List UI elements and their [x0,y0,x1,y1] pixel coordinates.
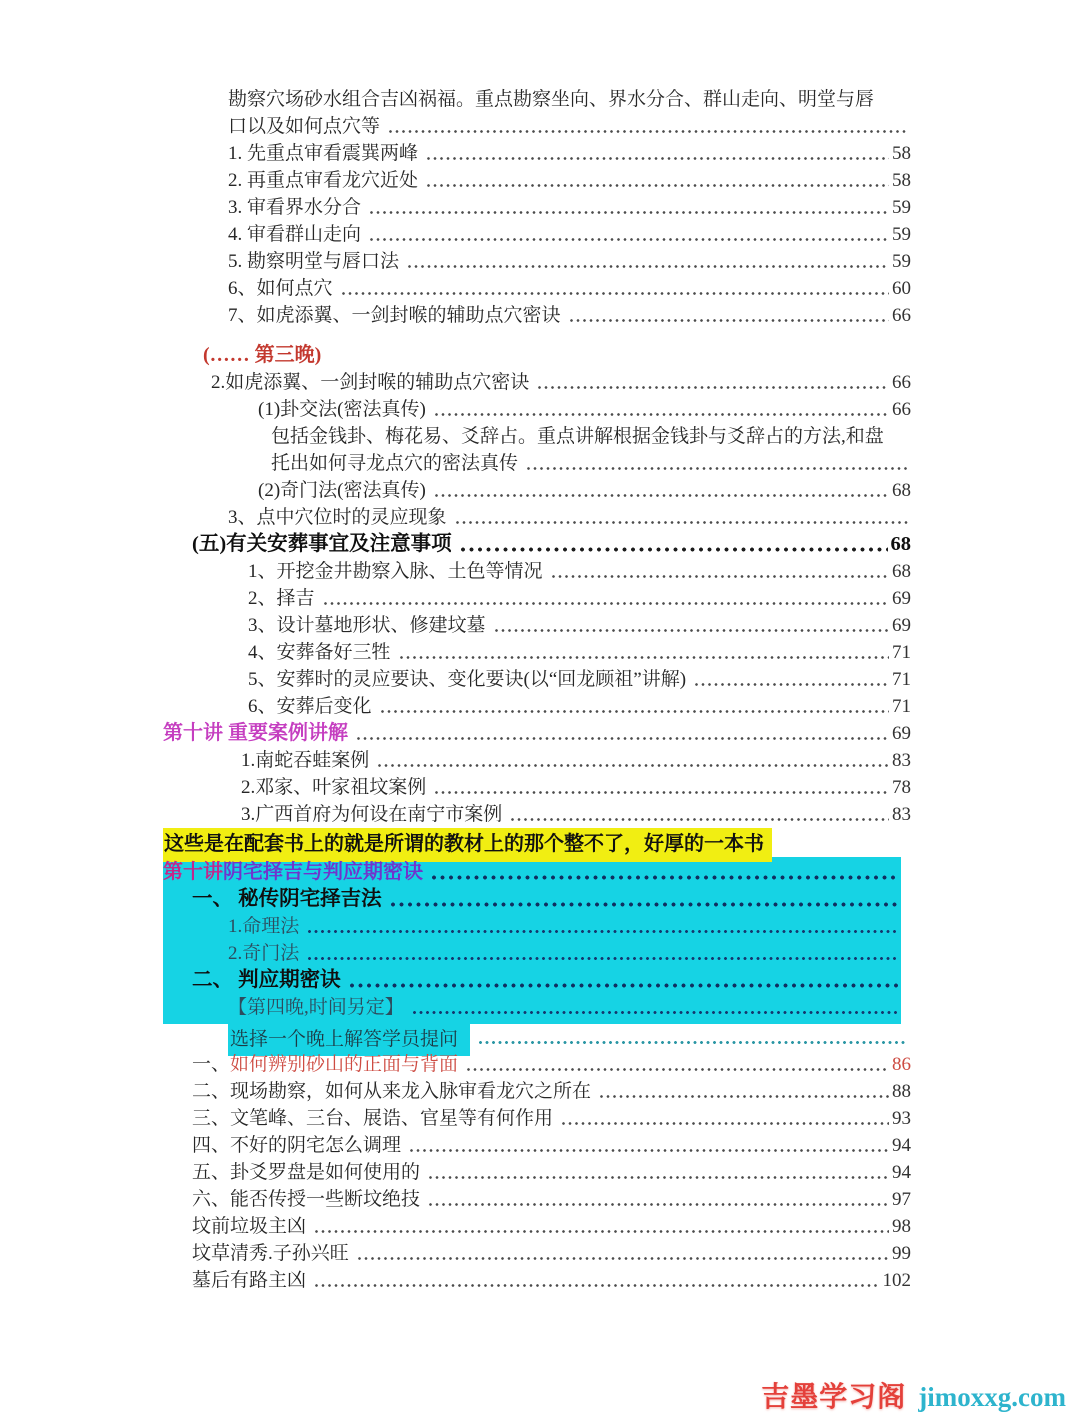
toc-section-top: 勘察穴场砂水组合吉凶祸福。重点勘察坐向、界水分合、群山走向、明堂与唇口以及如何点… [163,86,911,828]
dot-leader [694,680,889,689]
page-number: 86 [892,1051,911,1078]
toc-line: 2. 再重点审看龙穴近处58 [228,167,911,194]
dot-leader [426,181,889,190]
page-number: 102 [883,1267,912,1294]
toc-line-text: 三、文笔峰、三台、展诰、官星等有何作用 [192,1105,553,1132]
dot-leader [460,545,888,554]
dot-leader [307,954,898,963]
toc-line-text: 包括金钱卦、梅花易、爻辞占。重点讲解根据金钱卦与爻辞占的方法,和盘 [271,423,884,450]
dot-leader [428,1173,889,1182]
toc-line-text: (1)卦交法(密法真传) [258,396,426,423]
toc-line-text: 口以及如何点穴等 [228,113,380,140]
dot-leader [377,761,889,770]
toc-line: 一、如何辨别砂山的正面与背面86 [192,1051,911,1078]
toc-line: 3.广西首府为何设在南宁市案例83 [241,801,911,828]
page-number: 99 [892,1240,911,1267]
toc-line: (2)奇门法(密法真传)68 [258,477,911,504]
dot-leader [426,154,889,163]
page-number: 93 [892,1105,911,1132]
watermark-brand: 吉墨学习阁 [761,1375,906,1415]
document-page: { "colors": { "highlight_yellow": "#f1ee… [0,0,1080,1424]
page-number: 68 [891,531,912,558]
toc-line: 5、安葬时的灵应要诀、变化要诀(以“回龙顾祖”讲解)71 [248,666,911,693]
dot-leader [341,289,889,298]
toc-line-text: (2)奇门法(密法真传) [258,477,426,504]
page-number: 58 [892,167,911,194]
watermark: 吉墨学习阁 jimoxxg.com [761,1375,1066,1415]
toc-line-text: 5. 勘察明堂与唇口法 [228,248,399,275]
toc-line-text: 【第四晚,时间另定】 [228,994,404,1021]
page-number: 66 [892,302,911,329]
page-number: 68 [892,558,911,585]
dot-leader [407,262,889,271]
page-number: 69 [892,612,911,639]
dot-leader [380,707,889,716]
dot-leader [494,626,889,635]
toc-line: 托出如何寻龙点穴的密法真传 [271,450,911,477]
page-number: 97 [892,1186,911,1213]
toc-line: 4、安葬备好三牲71 [248,639,911,666]
toc-line-text: 6、如何点穴 [228,275,333,302]
dot-leader [537,383,889,392]
dot-leader [369,208,889,217]
toc-line-text: 2. 再重点审看龙穴近处 [228,167,418,194]
toc-line-text: 2.奇门法 [228,940,299,967]
toc-line: 坟草清秀.子孙兴旺99 [192,1240,911,1267]
dot-leader [307,927,898,936]
dot-leader [349,981,898,990]
toc-line: 五、卦爻罗盘是如何使用的94 [192,1159,911,1186]
dot-leader [369,235,889,244]
dot-leader [431,873,898,882]
toc-line-text: 3.广西首府为何设在南宁市案例 [241,801,502,828]
page-number: 69 [892,720,911,747]
dot-leader [526,464,908,473]
page-number: 88 [892,1078,911,1105]
dot-leader [390,900,898,909]
page-number: 68 [892,477,911,504]
toc-line: 1、开挖金井勘察入脉、土色等情况68 [248,558,911,585]
page-number: 83 [892,801,911,828]
watermark-site: jimoxxg.com [918,1382,1066,1413]
toc-line-text: 1、开挖金井勘察入脉、土色等情况 [248,558,543,585]
toc-line-text: 墓后有路主凶 [192,1267,306,1294]
toc-line-text: 3、点中穴位时的灵应现象 [228,504,447,531]
toc-line-text: 2.如虎添翼、一剑封喉的辅助点穴密诀 [211,369,529,396]
dot-leader [428,1200,889,1209]
dot-leader [478,1038,908,1047]
toc-line-text: 第十讲 重要案例讲解 [163,720,348,747]
dot-leader [510,815,889,824]
toc-line: (五)有关安葬事宜及注意事项68 [192,531,911,558]
toc-line-text: 6、安葬后变化 [248,693,372,720]
page-number: 60 [892,275,911,302]
toc-line: 3. 审看界水分合59 [228,194,911,221]
dot-leader [561,1119,889,1128]
toc-line: (…… 第三晚) [203,342,911,369]
toc-line-text: 坟前垃圾主凶 [192,1213,306,1240]
toc-line: 2.奇门法 [228,940,901,967]
toc-line: 六、能否传授一些断坟绝技97 [192,1186,911,1213]
toc-line: 1.命理法 [228,913,901,940]
toc-line: 包括金钱卦、梅花易、爻辞占。重点讲解根据金钱卦与爻辞占的方法,和盘 [271,423,911,450]
dot-leader [323,599,889,608]
toc-line-text: 二、现场勘察，如何从来龙入脉审看龙穴之所在 [192,1078,591,1105]
toc-line: 4. 审看群山走向59 [228,221,911,248]
toc-line: 1. 先重点审看震巽两峰58 [228,140,911,167]
toc-line-text: 坟草清秀.子孙兴旺 [192,1240,349,1267]
toc-line: 坟前垃圾主凶98 [192,1213,911,1240]
dot-leader [434,491,889,500]
toc-line: 7、如虎添翼、一剑封喉的辅助点穴密诀66 [228,302,911,329]
toc-line: 四、不好的阴宅怎么调理94 [192,1132,911,1159]
dot-leader [569,316,889,325]
toc-line: 口以及如何点穴等 [228,113,911,140]
toc-line: 6、安葬后变化71 [248,693,911,720]
page-number: 94 [892,1132,911,1159]
toc-line-text: 3、设计墓地形状、修建坟墓 [248,612,486,639]
dot-leader [599,1092,889,1101]
toc-line-text: 1.命理法 [228,913,299,940]
page-number: 71 [892,693,911,720]
dot-leader [466,1065,889,1074]
toc-line: 选择一个晚上解答学员提问 [228,1024,911,1051]
page-number: 71 [892,666,911,693]
page-number: 59 [892,221,911,248]
toc-line-text: 如何辨别砂山的正面与背面 [230,1051,458,1078]
cyan-highlight-block: 第十讲 阴宅择吉与判应期密诀一、 秘传阴宅择吉法1.命理法2.奇门法二、 判应期… [163,857,901,1024]
toc-line-text-2: 阴宅择吉与判应期密诀 [223,859,423,886]
dot-leader [434,410,889,419]
toc-line: 一、 秘传阴宅择吉法 [192,886,901,913]
toc: 勘察穴场砂水组合吉凶祸福。重点勘察坐向、界水分合、群山走向、明堂与唇口以及如何点… [163,86,911,1294]
toc-line: 三、文笔峰、三台、展诰、官星等有何作用93 [192,1105,911,1132]
page-number: 69 [892,585,911,612]
dot-leader [455,518,908,527]
toc-line-text: 5、安葬时的灵应要诀、变化要诀(以“回龙顾祖”讲解) [248,666,686,693]
scanned-toc-page: 勘察穴场砂水组合吉凶祸福。重点勘察坐向、界水分合、群山走向、明堂与唇口以及如何点… [0,0,1080,1424]
toc-line-text: (五)有关安葬事宜及注意事项 [192,531,452,558]
toc-line: 2.邓家、叶家祖坟案例78 [241,774,911,801]
toc-line-text: 1. 先重点审看震巽两峰 [228,140,418,167]
toc-line-text: 一、 秘传阴宅择吉法 [192,886,382,913]
toc-line: 2.如虎添翼、一剑封喉的辅助点穴密诀66 [211,369,911,396]
toc-line: 第十讲 重要案例讲解69 [163,720,911,747]
toc-line: 6、如何点穴60 [228,275,911,302]
toc-line: 1.南蛇吞蛙案例83 [241,747,911,774]
cyan-highlight-tail: 选择一个晚上解答学员提问 [163,1024,911,1051]
toc-line: 二、现场勘察，如何从来龙入脉审看龙穴之所在88 [192,1078,911,1105]
toc-line: 第十讲 阴宅择吉与判应期密诀 [163,859,901,886]
toc-line: (1)卦交法(密法真传)66 [258,396,911,423]
toc-line: 3、点中穴位时的灵应现象 [228,504,911,531]
toc-line-text: 4、安葬备好三牲 [248,639,391,666]
toc-line-text: 3. 审看界水分合 [228,194,361,221]
toc-section-bottom: 一、如何辨别砂山的正面与背面86二、现场勘察，如何从来龙入脉审看龙穴之所在88三… [163,1051,911,1294]
page-number: 71 [892,639,911,666]
toc-line: 二、 判应期密诀 [192,967,901,994]
dot-leader [356,734,889,743]
dot-leader [314,1227,889,1236]
toc-line-text: 第十讲 [163,859,223,886]
toc-line: 5. 勘察明堂与唇口法59 [228,248,911,275]
toc-line: 墓后有路主凶102 [192,1267,911,1294]
page-number: 59 [892,248,911,275]
toc-line: 3、设计墓地形状、修建坟墓69 [248,612,911,639]
toc-line-text: 7、如虎添翼、一剑封喉的辅助点穴密诀 [228,302,561,329]
dot-leader [399,653,889,662]
page-number: 58 [892,140,911,167]
dot-leader [314,1281,879,1290]
toc-line-text: 四、不好的阴宅怎么调理 [192,1132,401,1159]
toc-line: 【第四晚,时间另定】 [228,994,901,1021]
page-number: 78 [892,774,911,801]
page-number: 94 [892,1159,911,1186]
yellow-highlight-note: 这些是在配套书上的就是所谓的教材上的那个整不了，好厚的一本书 [163,828,772,862]
highlight-note-line: 这些是在配套书上的就是所谓的教材上的那个整不了，好厚的一本书 [163,828,911,857]
toc-line-text: 2.邓家、叶家祖坟案例 [241,774,426,801]
toc-line: 2、择吉69 [248,585,911,612]
toc-line-text: 二、 判应期密诀 [192,967,341,994]
page-number: 98 [892,1213,911,1240]
toc-line: 勘察穴场砂水组合吉凶祸福。重点勘察坐向、界水分合、群山走向、明堂与唇 [228,86,911,113]
toc-line-text: 托出如何寻龙点穴的密法真传 [271,450,518,477]
dot-leader [388,127,908,136]
toc-line-text: 2、择吉 [248,585,315,612]
toc-line-text: (…… 第三晚) [203,342,321,369]
dot-leader [434,788,889,797]
toc-line-text: 五、卦爻罗盘是如何使用的 [192,1159,420,1186]
page-number: 83 [892,747,911,774]
page-number: 66 [892,369,911,396]
toc-line-text: 六、能否传授一些断坟绝技 [192,1186,420,1213]
page-number: 66 [892,396,911,423]
dot-leader [551,572,889,581]
dot-leader [357,1254,889,1263]
toc-line-prefix: 一、 [192,1051,230,1078]
page-number: 59 [892,194,911,221]
dot-leader [412,1008,898,1017]
toc-line-text: 1.南蛇吞蛙案例 [241,747,369,774]
toc-line-text: 4. 审看群山走向 [228,221,361,248]
dot-leader [409,1146,889,1155]
toc-line-text: 勘察穴场砂水组合吉凶祸福。重点勘察坐向、界水分合、群山走向、明堂与唇 [228,86,874,113]
